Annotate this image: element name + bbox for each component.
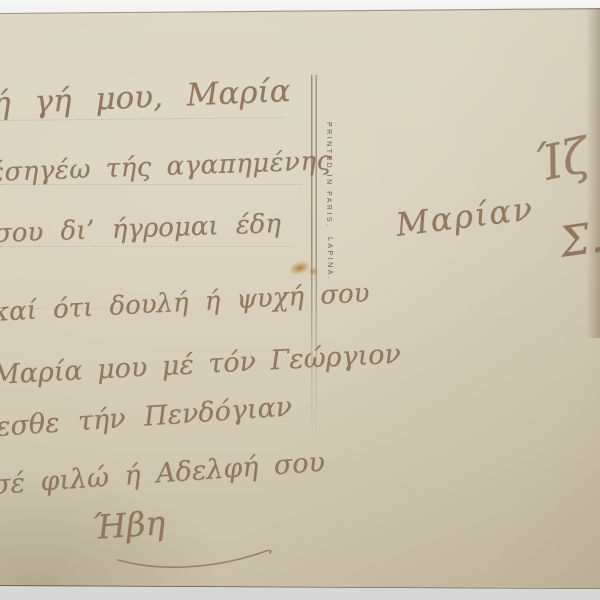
handwriting-line-7: σέ φιλώ ή Αδελφή σου: [0, 447, 326, 501]
printer-imprint-name: LAPINA.: [326, 237, 333, 281]
address-flourish: Ίζ: [530, 128, 593, 194]
signature: Ήβη: [91, 503, 167, 547]
card-top-edge: [0, 7, 600, 13]
postcard-photo: PRINTED IN PARIS. LAPINA. ή γή μου, Μαρί…: [0, 0, 600, 600]
card-bottom-edge: [0, 585, 600, 591]
signature-flourish: [116, 542, 276, 574]
handwriting-line-6: εσθε τήν Πενδόγιαν: [0, 391, 293, 443]
handwriting-line-1: ή γή μου, Μαρία: [0, 73, 291, 122]
address-initial: Σ.: [557, 212, 600, 267]
address-name: Μαρίαν: [394, 189, 536, 244]
handwriting-line-2: έσηγέω τής αγαπημένης: [0, 146, 332, 188]
handwriting-line-5: Μαρία μου μέ τόν Γεώργιον: [0, 339, 402, 391]
postcard-back: PRINTED IN PARIS. LAPINA. ή γή μου, Μαρί…: [0, 0, 600, 600]
handwriting-line-3: σου δι’ ήγρομαι έδη: [0, 209, 281, 249]
ink-stain-small: [308, 268, 318, 275]
